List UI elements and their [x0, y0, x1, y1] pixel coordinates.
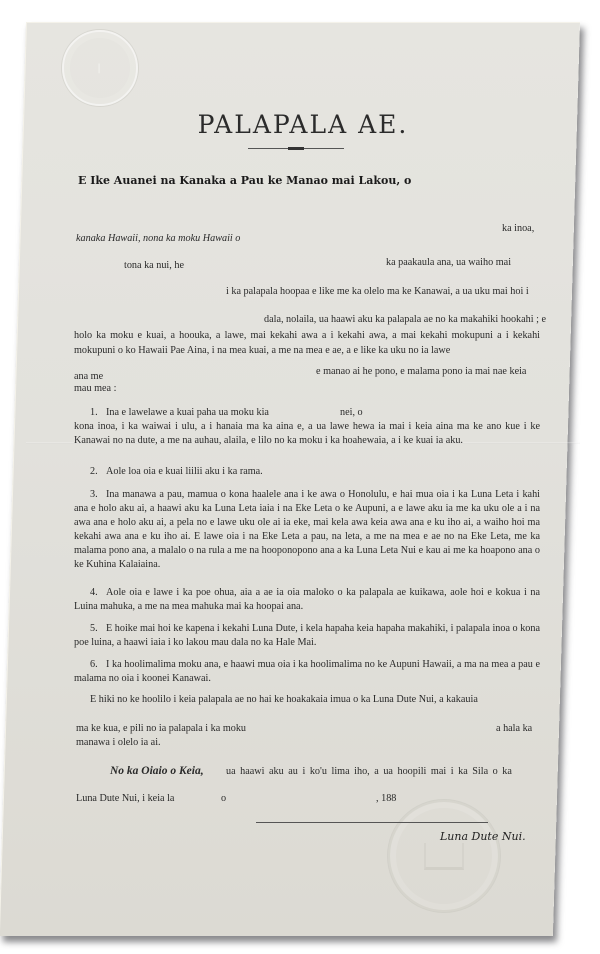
signature-line: [256, 822, 488, 823]
clause-1-continuation: kona inoa, i ka waiwai i ulu, a i hanaia…: [74, 420, 540, 448]
clause-number: 1.: [90, 406, 98, 420]
clause-text: nei, o: [340, 406, 363, 420]
clause-text: Ina e lawelawe a kuai paha ua moku kia: [106, 406, 269, 420]
attestation-text: ua haawi aku au i ko'u lima iho, a ua ho…: [226, 765, 512, 779]
intro-text: kanaka Hawaii, nona ka moku Hawaii o: [76, 232, 240, 246]
document-title: PALAPALA AE.: [26, 110, 580, 139]
clause-text: Aole oia e lawe i ka poe ohua, aia a ae …: [74, 586, 540, 614]
clause-number: 2.: [90, 465, 98, 479]
signature-label: Luna Dute Nui.: [440, 830, 526, 843]
clause-text: I ka hoolimalima moku ana, e haawi mua o…: [74, 658, 540, 686]
intro-paragraph: holo ka moku e kuai, a hoouka, a lawe, m…: [74, 328, 540, 358]
blackletter-subtitle: E Ike Auanei na Kanaka a Pau ke Manao ma…: [78, 174, 411, 187]
transfer-text: E hiki no ke hoolilo i keia palapala ae …: [74, 693, 540, 707]
clause-text: Ina manawa a pau, mamua o kona haalele a…: [74, 488, 540, 572]
intro-text: ka inoa,: [502, 222, 534, 236]
intro-text: i ka palapala hoopaa e like me ka olelo …: [226, 285, 529, 299]
embossed-seal-ship-icon: [388, 800, 500, 912]
attestation-text: o: [221, 792, 226, 806]
embossed-seal-top-icon: |: [62, 30, 138, 106]
intro-text: mau mea :: [74, 382, 116, 396]
clause-text: Aole loa oia e kuai liilii aku i ka rama…: [106, 465, 263, 479]
transfer-text: a hala ka: [496, 722, 532, 736]
intro-text: ka paakaula ana, ua waiho mai: [386, 256, 511, 270]
attestation-text: Luna Dute Nui, i keia la: [76, 792, 174, 806]
clause-text: E hoike mai hoi ke kapena i kekahi Luna …: [74, 622, 540, 650]
intro-text: e manao ai he pono, e malama pono ia mai…: [316, 365, 526, 379]
attestation-text: , 188: [376, 792, 396, 806]
intro-text: tona ka nui, he: [124, 259, 184, 273]
intro-text: dala, nolaila, ua haawi aku ka palapala …: [264, 313, 546, 327]
attestation-lead: No ka Oiaio o Keia,: [110, 764, 204, 778]
transfer-text: manawa i olelo ia ai.: [76, 736, 161, 750]
transfer-text: ma ke kua, e pili no ia palapala i ka mo…: [76, 722, 246, 736]
document-page: | PALAPALA AE. E Ike Auanei na Kanaka a …: [0, 22, 580, 936]
title-ornament-divider: [248, 148, 344, 149]
